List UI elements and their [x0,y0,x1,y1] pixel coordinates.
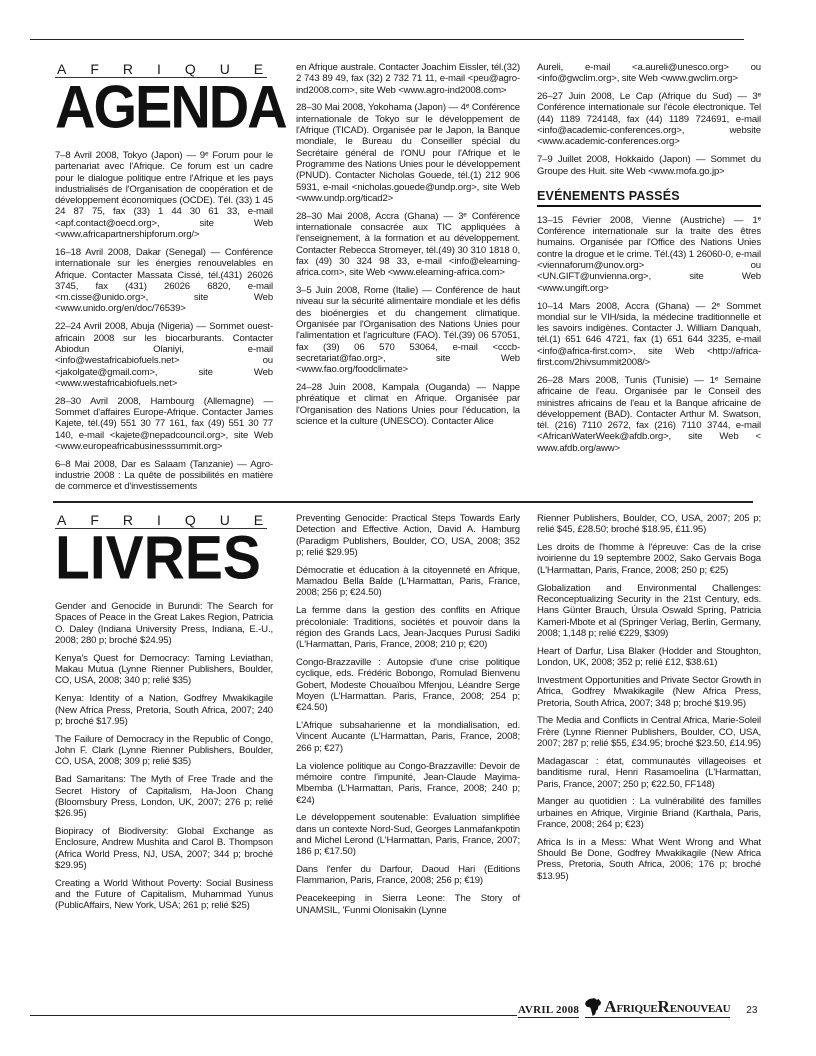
book-entry: Heart of Darfur, Lisa Blaker (Hodder and… [537,646,761,669]
book-entry: Dans l'enfer du Darfour, Daoud Hari (Edi… [296,864,520,887]
book-entry: Africa Is in a Mess: What Went Wrong and… [537,837,761,882]
book-entry: The Media and Conflicts in Central Afric… [537,715,761,749]
agenda-entry: 28–30 Avril 2008, Hambourg (Allemagne) —… [55,396,273,452]
book-entry: Gender and Genocide in Burundi: The Sear… [55,601,273,646]
book-entry: Kenya's Quest for Democracy: Taming Levi… [55,653,273,687]
agenda-entry: 24–28 Juin 2008, Kampala (Ouganda) — Nap… [296,382,520,427]
agenda-entry: 7–8 Avril 2008, Tokyo (Japon) — 9ᵉ Forum… [55,150,273,240]
agenda-entry: Aureli, e-mail <a.aureli@unesco.org> ou … [537,62,761,85]
brand-text: FRIQUE [616,1003,657,1015]
agenda-column-3: Aureli, e-mail <a.aureli@unesco.org> ou … [537,62,761,461]
livres-column-3: Rienner Publishers, Boulder, CO, USA, 20… [537,513,761,889]
book-entry: Rienner Publishers, Boulder, CO, USA, 20… [537,513,761,536]
book-entry: La violence politique au Congo-Brazzavil… [296,761,520,806]
book-entry: Investment Opportunities and Private Sec… [537,675,761,709]
publication-brand: AFRIQUERENOUVEAU [585,997,730,1018]
africa-map-icon [585,998,602,1017]
book-entry: Creating a World Without Poverty: Social… [55,878,273,912]
book-entry: Biopiracy of Biodiversity: Global Exchan… [55,826,273,871]
book-entry: Kenya: Identity of a Nation, Godfrey Mwa… [55,693,273,727]
agenda-entry: 16–18 Avril 2008, Dakar (Senegal) — Conf… [55,247,273,315]
book-entry: Manger au quotidien : La vulnérabilité d… [537,796,761,830]
agenda-entry: 6–8 Mai 2008, Dar es Salaam (Tanzanie) —… [55,459,273,493]
book-entry: The Failure of Democracy in the Republic… [55,734,273,768]
past-event-entry: 13–15 Février 2008, Vienne (Austriche) —… [537,215,761,294]
livres-column-1: A F R I Q U E LIVRES Gender and Genocide… [55,513,273,918]
book-entry: Le développement soutenable: Evaluation … [296,812,520,857]
section-divider [53,501,753,503]
past-events-heading: EVÉNEMENTS PASSÉS [537,189,761,207]
agenda-entry: 28–30 Mai 2008, Accra (Ghana) — 3ᵉ Confé… [296,211,520,279]
book-entry: La femme dans la gestion des conflits en… [296,605,520,650]
agenda-column-2: en Afrique australe. Contacter Joachim E… [296,62,520,434]
book-entry: Congo-Brazzaville : Autopsie d'une crise… [296,657,520,713]
agenda-title: AGENDA [55,80,273,134]
agenda-entry: 7–9 Juillet 2008, Hokkaido (Japon) — Som… [537,154,761,177]
footer-rule [30,1015,517,1016]
agenda-entry: 26–27 Juin 2008, Le Cap (Afrique du Sud)… [537,91,761,147]
agenda-entry: 3–5 Juin 2008, Rome (Italie) — Conférenc… [296,285,520,375]
agenda-entry: en Afrique australe. Contacter Joachim E… [296,62,520,96]
brand-cap: A [604,997,616,1016]
agenda-entry: 28–30 Mai 2008, Yokohama (Japon) — 4ᵉ Co… [296,102,520,204]
page-footer: AVRIL 2008 AFRIQUERENOUVEAU 23 [518,997,757,1018]
book-entry: Madagascar : état, communautés villageoi… [537,756,761,790]
book-entry: L'Afrique subsaharienne et la mondialisa… [296,720,520,754]
book-entry: Globalization and Environmental Challeng… [537,583,761,639]
agenda-column-1: A F R I Q U E AGENDA 7–8 Avril 2008, Tok… [55,62,273,499]
book-entry: Peacekeeping in Sierra Leone: The Story … [296,893,520,916]
past-event-entry: 10–14 Mars 2008, Accra (Ghana) — 2ᵉ Somm… [537,301,761,369]
issue-date: AVRIL 2008 [518,1004,579,1018]
top-rule [30,39,744,40]
brand-text: ENOUVEAU [670,1003,731,1015]
page-number: 23 [746,1005,757,1018]
livres-title: LIVRES [55,531,273,585]
brand-cap: R [657,997,669,1016]
book-entry: Démocratie et éducation à la citoyenneté… [296,565,520,599]
agenda-entry: 22–24 Avril 2008, Abuja (Nigeria) — Somm… [55,321,273,389]
book-entry: Preventing Genocide: Practical Steps Tow… [296,513,520,558]
book-entry: Les droits de l'homme à l'épreuve: Cas d… [537,542,761,576]
past-event-entry: 26–28 Mars 2008, Tunis (Tunisie) — 1ᵉ Se… [537,375,761,454]
book-entry: Bad Samaritans: The Myth of Free Trade a… [55,774,273,819]
livres-column-2: Preventing Genocide: Practical Steps Tow… [296,513,520,923]
